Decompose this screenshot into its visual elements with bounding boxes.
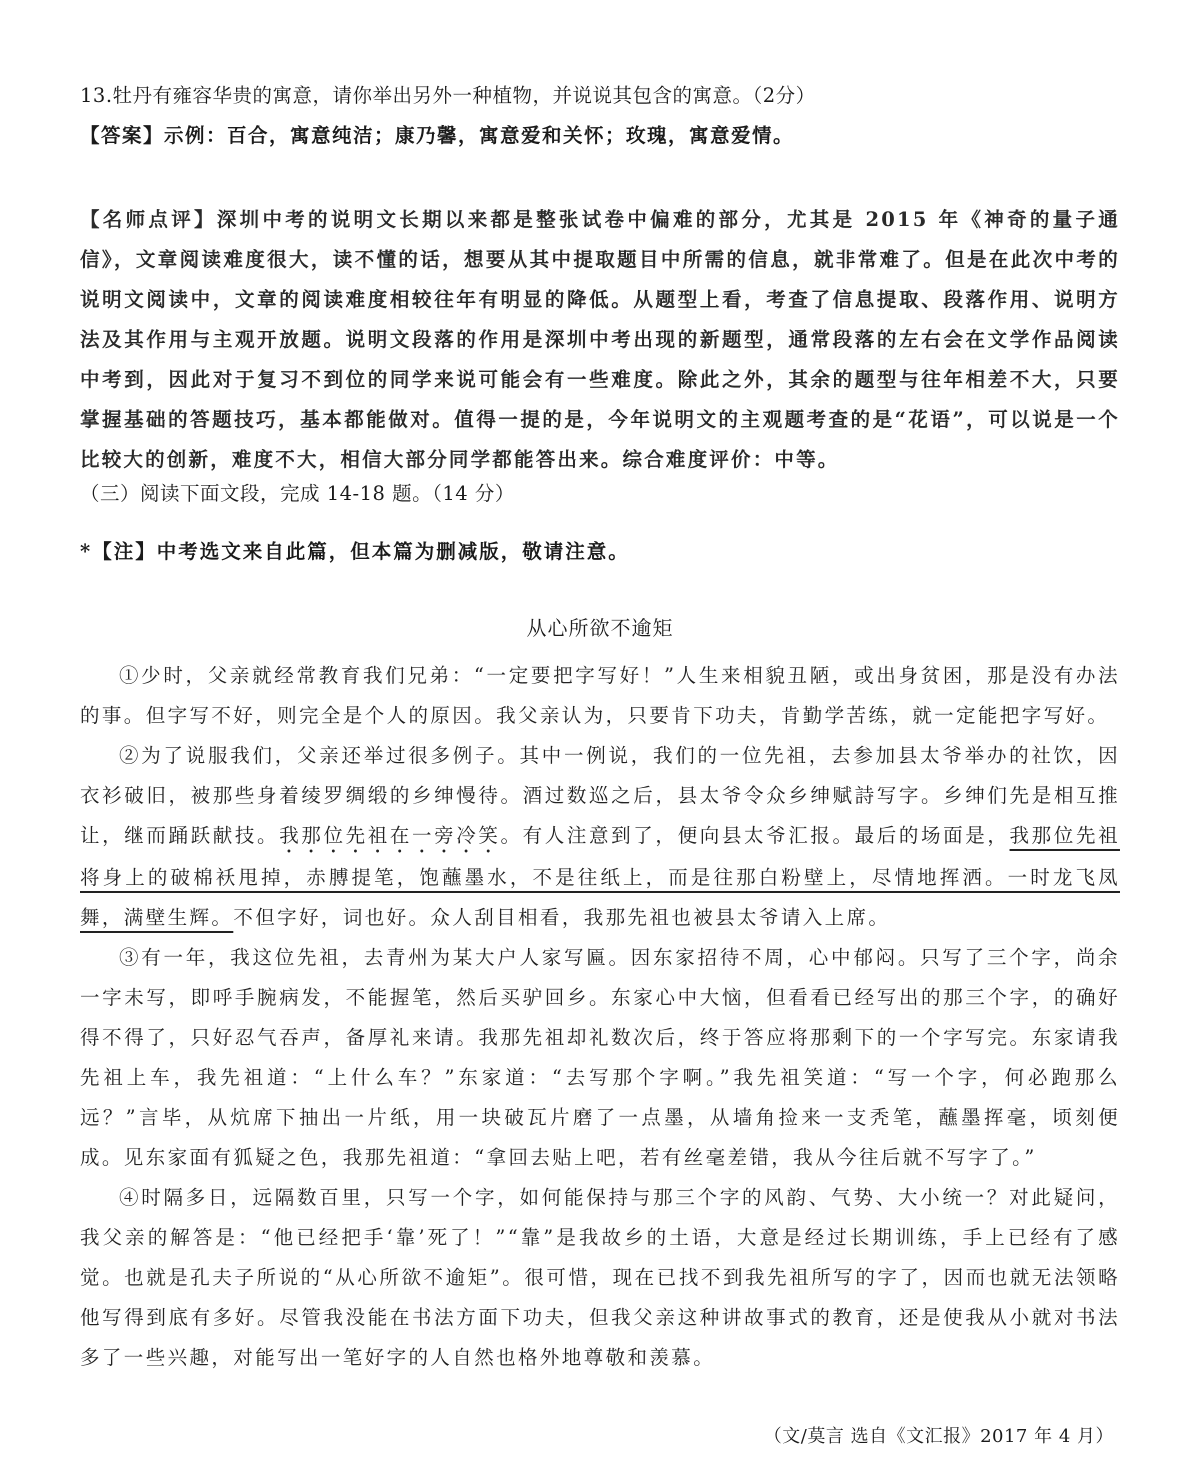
paragraph-4: ④时隔多日，远隔数百里，只写一个字，如何能保持与那三个字的风韵、气势、大小统一？…	[80, 1178, 1120, 1378]
edition-note: *【注】中考选文来自此篇，但本篇为删减版，敬请注意。	[80, 538, 630, 566]
article-source: （文/莫言 选自《文汇报》2017 年 4 月）	[764, 1423, 1114, 1451]
teacher-comment: 【名师点评】深圳中考的说明文长期以来都是整张试卷中偏难的部分，尤其是 2015 …	[80, 200, 1120, 480]
article-body: ①少时，父亲就经常教育我们兄弟：“一定要把字写好！”人生来相貌丑陋，或出身贫困，…	[80, 656, 1120, 1378]
paragraph-2-part-c: 不但字好，词也好。众人刮目相看，我那先祖也被县太爷请入上席。	[233, 906, 890, 929]
article-title: 从心所欲不逾矩	[0, 614, 1200, 642]
paragraph-3: ③有一年，我这位先祖，去青州为某大户人家写匾。因东家招待不周，心中郁闷。只写了三…	[80, 938, 1120, 1178]
paragraph-2: ②为了说服我们，父亲还举过很多例子。其中一例说，我们的一位先祖，去参加县太爷举办…	[80, 736, 1120, 938]
paragraph-2-part-b: 。有人注意到了，便向县太爷汇报。最后的场面是，	[501, 824, 1010, 847]
question-13: 13.牡丹有雍容华贵的寓意，请你举出另外一种植物，并说说其包含的寓意。（2分）	[80, 82, 816, 110]
answer-13: 【答案】示例：百合，寓意纯洁；康乃馨，寓意爱和关怀；玫瑰，寓意爱情。	[80, 122, 794, 150]
paragraph-1: ①少时，父亲就经常教育我们兄弟：“一定要把字写好！”人生来相貌丑陋，或出身贫困，…	[80, 656, 1120, 736]
section-heading: （三）阅读下面文段，完成 14-18 题。（14 分）	[80, 480, 515, 508]
emphasized-sentence: 我那位先祖在一旁冷笑	[279, 824, 500, 847]
